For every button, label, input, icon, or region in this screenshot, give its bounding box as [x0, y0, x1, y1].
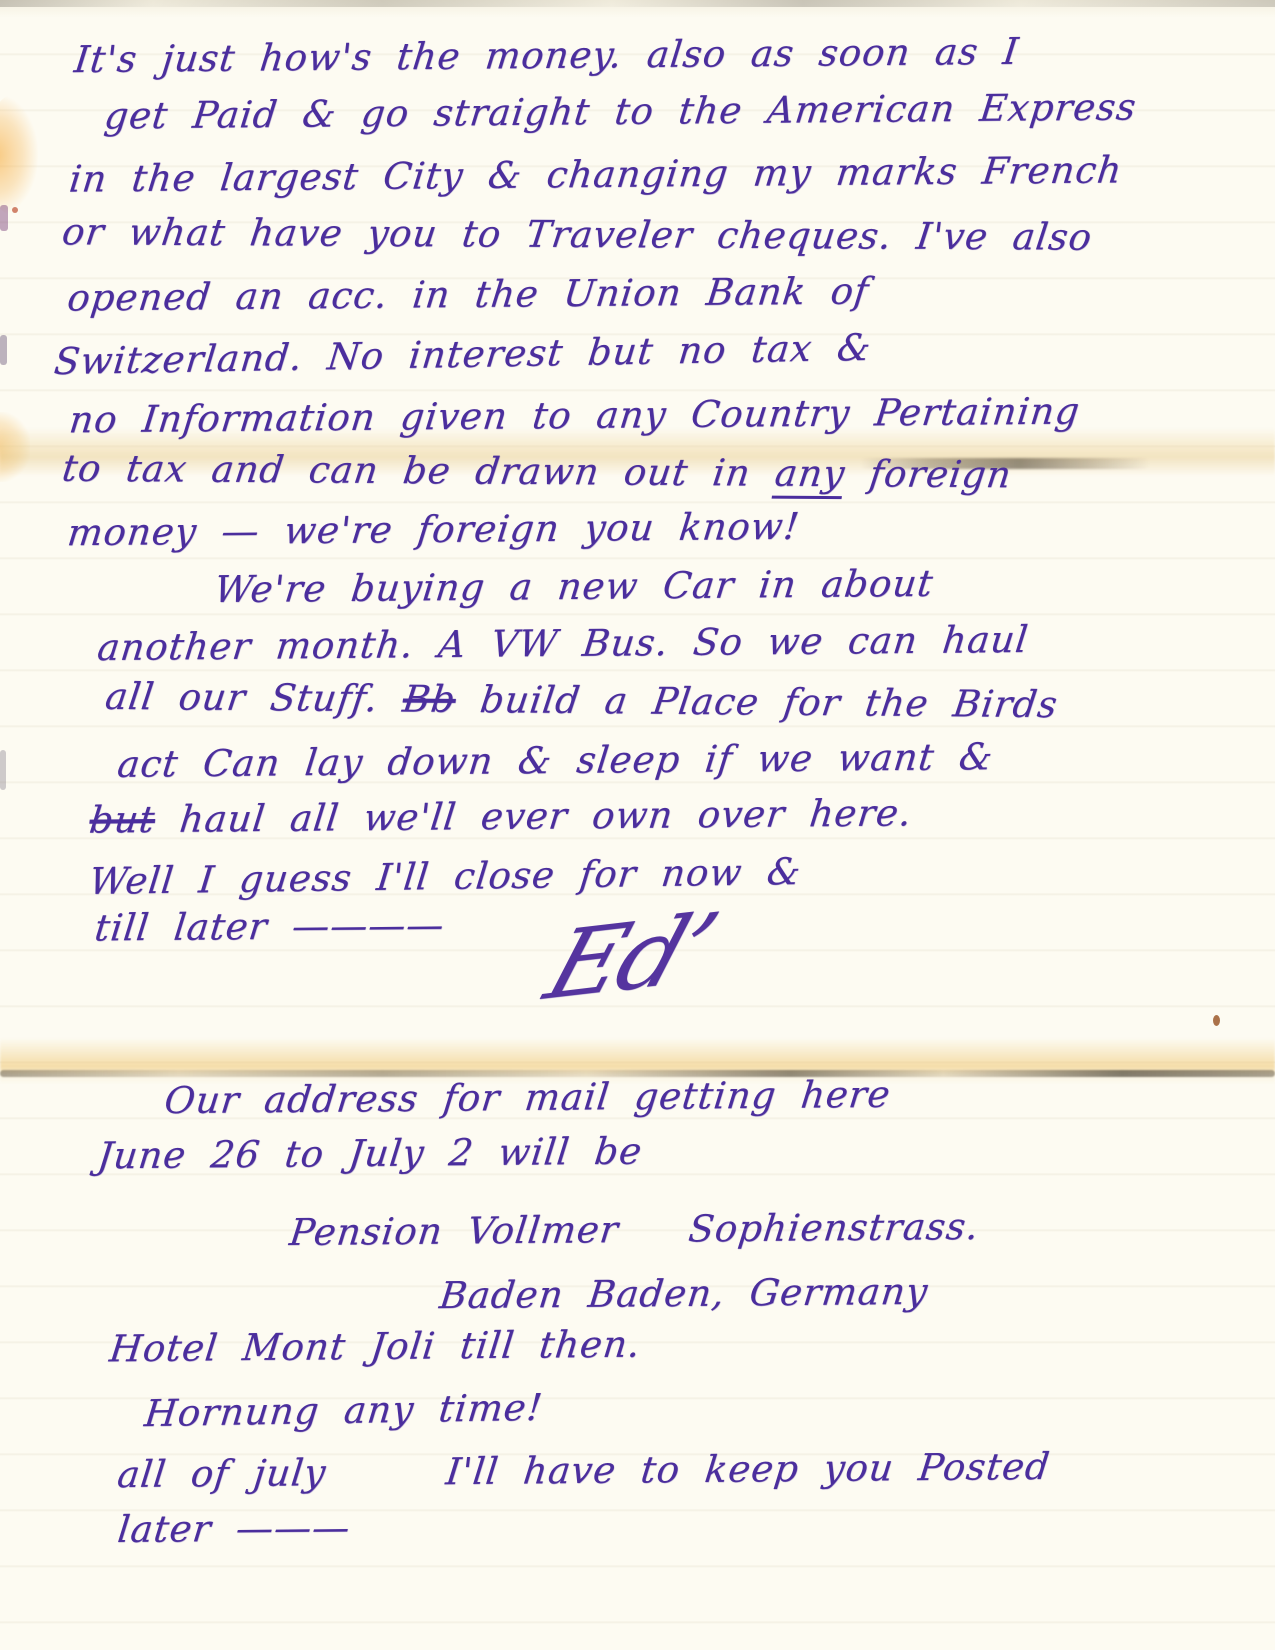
- ink-speck: [12, 207, 18, 213]
- scan-top-edge-shadow: [0, 0, 1275, 7]
- handwriting-line: opened an acc. in the Union Bank of: [65, 272, 871, 320]
- pension-name: Pension Vollmer: [287, 1208, 621, 1254]
- handwriting-line: till later ————: [92, 905, 446, 949]
- spacer: [617, 1242, 687, 1243]
- line-text: foreign: [842, 452, 1014, 496]
- street-name: Sophienstrass.: [686, 1205, 981, 1251]
- handwriting-line: later ———: [116, 1508, 353, 1551]
- handwriting-line: We're buying a new Car in about: [212, 564, 935, 611]
- stain-left-mid: [0, 412, 30, 482]
- handwriting-line: Our address for mail getting here: [162, 1075, 892, 1122]
- signature: Ed’: [535, 896, 726, 1019]
- handwriting-line: money — we're foreign you know!: [65, 507, 801, 554]
- handwriting-line: all our Stuff. Bb build a Place for the …: [103, 677, 1060, 726]
- handwriting-line: in the largest City & changing my marks …: [67, 150, 1124, 200]
- stain-left-top: [0, 95, 38, 215]
- line-text: build a Place for the Birds: [453, 678, 1061, 726]
- handwriting-line: get Paid & go straight to the American E…: [102, 88, 1138, 138]
- handwriting-line: but haul all we'll ever own over here.: [87, 793, 914, 841]
- scan-edge-mark: [0, 335, 7, 365]
- letter-page: It's just how's the money. also as soon …: [0, 0, 1275, 1650]
- underlined-word: any: [772, 452, 848, 499]
- line-text: all our Stuff.: [103, 675, 406, 721]
- handwriting-line: Pension VollmerSophienstrass.: [287, 1207, 981, 1254]
- crossed-out-word: but: [87, 798, 157, 842]
- handwriting-line: or what have you to Traveler cheques. I'…: [60, 212, 1095, 258]
- handwriting-line: Hornung any time!: [142, 1388, 544, 1435]
- crossed-out-word: Bb: [400, 677, 458, 720]
- line-text: to tax and can be drawn out in: [60, 447, 778, 495]
- scan-edge-mark: [0, 750, 6, 790]
- handwriting-line: another month. A VW Bus. So we can haul: [95, 620, 1030, 669]
- line-text: haul all we'll ever own over here.: [153, 791, 915, 841]
- line-text: all of july: [115, 1451, 328, 1496]
- handwriting-line: to tax and can be drawn out in any forei…: [60, 449, 1014, 496]
- handwriting-line: Hotel Mont Joli till then.: [107, 1325, 643, 1370]
- line-text: I'll have to keep you Posted: [444, 1445, 1053, 1493]
- handwriting-line: all of julyI'll have to keep you Posted: [115, 1447, 1052, 1496]
- handwriting-line: June 26 to July 2 will be: [95, 1132, 644, 1177]
- spacer: [325, 1484, 445, 1485]
- handwriting-line: no Information given to any Country Pert…: [67, 392, 1082, 441]
- handwriting-line: Baden Baden, Germany: [437, 1272, 930, 1317]
- handwriting-line: act Can lay down & sleep if we want &: [115, 737, 995, 785]
- paper-speck: [1213, 1015, 1220, 1026]
- scan-edge-mark: [0, 205, 8, 231]
- handwriting-line: Switzerland. No interest but no tax &: [52, 328, 873, 383]
- handwriting-line: It's just how's the money. also as soon …: [72, 32, 1021, 81]
